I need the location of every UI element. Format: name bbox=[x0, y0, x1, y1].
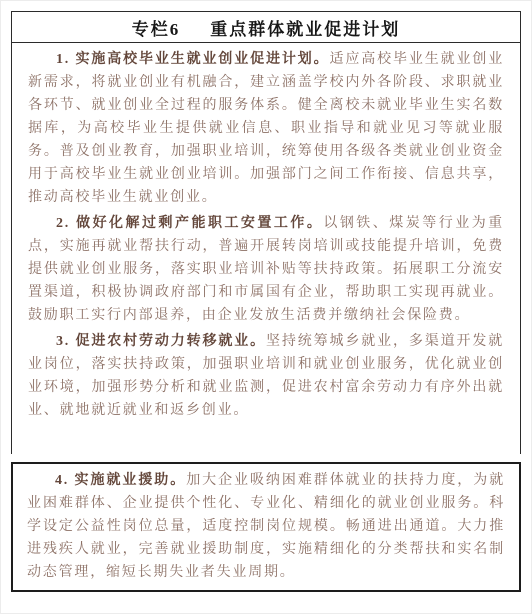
paragraph-4: 4. 实施就业援助。加大企业吸纳困难群体就业的扶持力度，为就业困难群体、企业提供… bbox=[27, 469, 505, 584]
box-title: 专栏6 重点群体就业促进计划 bbox=[12, 12, 520, 43]
box-title-label: 专栏6 bbox=[132, 15, 181, 40]
paragraph-1: 1. 实施高校毕业生就业创业促进计划。适应高校毕业生就业创业新需求，将就业创业有… bbox=[28, 48, 504, 209]
callout-box-top: 专栏6 重点群体就业促进计划 1. 实施高校毕业生就业创业促进计划。适应高校毕业… bbox=[11, 11, 521, 454]
box-title-name: 重点群体就业促进计划 bbox=[210, 15, 400, 40]
paragraph-3-lead: 3. 促进农村劳动力转移就业。 bbox=[56, 334, 266, 349]
document-page: 专栏6 重点群体就业促进计划 1. 实施高校毕业生就业创业促进计划。适应高校毕业… bbox=[0, 0, 532, 614]
box-bottom-content: 4. 实施就业援助。加大企业吸纳困难群体就业的扶持力度，为就业困难群体、企业提供… bbox=[13, 464, 519, 584]
paragraph-4-lead: 4. 实施就业援助。 bbox=[55, 473, 186, 488]
paragraph-2: 2. 做好化解过剩产能职工安置工作。以钢铁、煤炭等行业为重点，实施再就业帮扶行动… bbox=[28, 212, 504, 327]
box-top-content: 1. 实施高校毕业生就业创业促进计划。适应高校毕业生就业创业新需求，将就业创业有… bbox=[12, 43, 520, 422]
callout-box-bottom: 4. 实施就业援助。加大企业吸纳困难群体就业的扶持力度，为就业困难群体、企业提供… bbox=[11, 462, 521, 592]
paragraph-1-lead: 1. 实施高校毕业生就业创业促进计划。 bbox=[56, 52, 329, 67]
paragraph-3: 3. 促进农村劳动力转移就业。坚持统筹城乡就业，多渠道开发就业岗位，落实扶持政策… bbox=[28, 330, 504, 422]
paragraph-2-lead: 2. 做好化解过剩产能职工安置工作。 bbox=[56, 216, 323, 231]
paragraph-2-text: 以钢铁、煤炭等行业为重点，实施再就业帮扶行动，普遍开展转岗培训或技能提升培训，免… bbox=[28, 216, 504, 323]
paragraph-1-text: 适应高校毕业生就业创业新需求，将就业创业有机融合，建立涵盖学校内外各阶段、求职就… bbox=[28, 52, 504, 205]
paragraph-4-text: 加大企业吸纳困难群体就业的扶持力度，为就业困难群体、企业提供个性化、专业化、精细… bbox=[27, 473, 505, 580]
